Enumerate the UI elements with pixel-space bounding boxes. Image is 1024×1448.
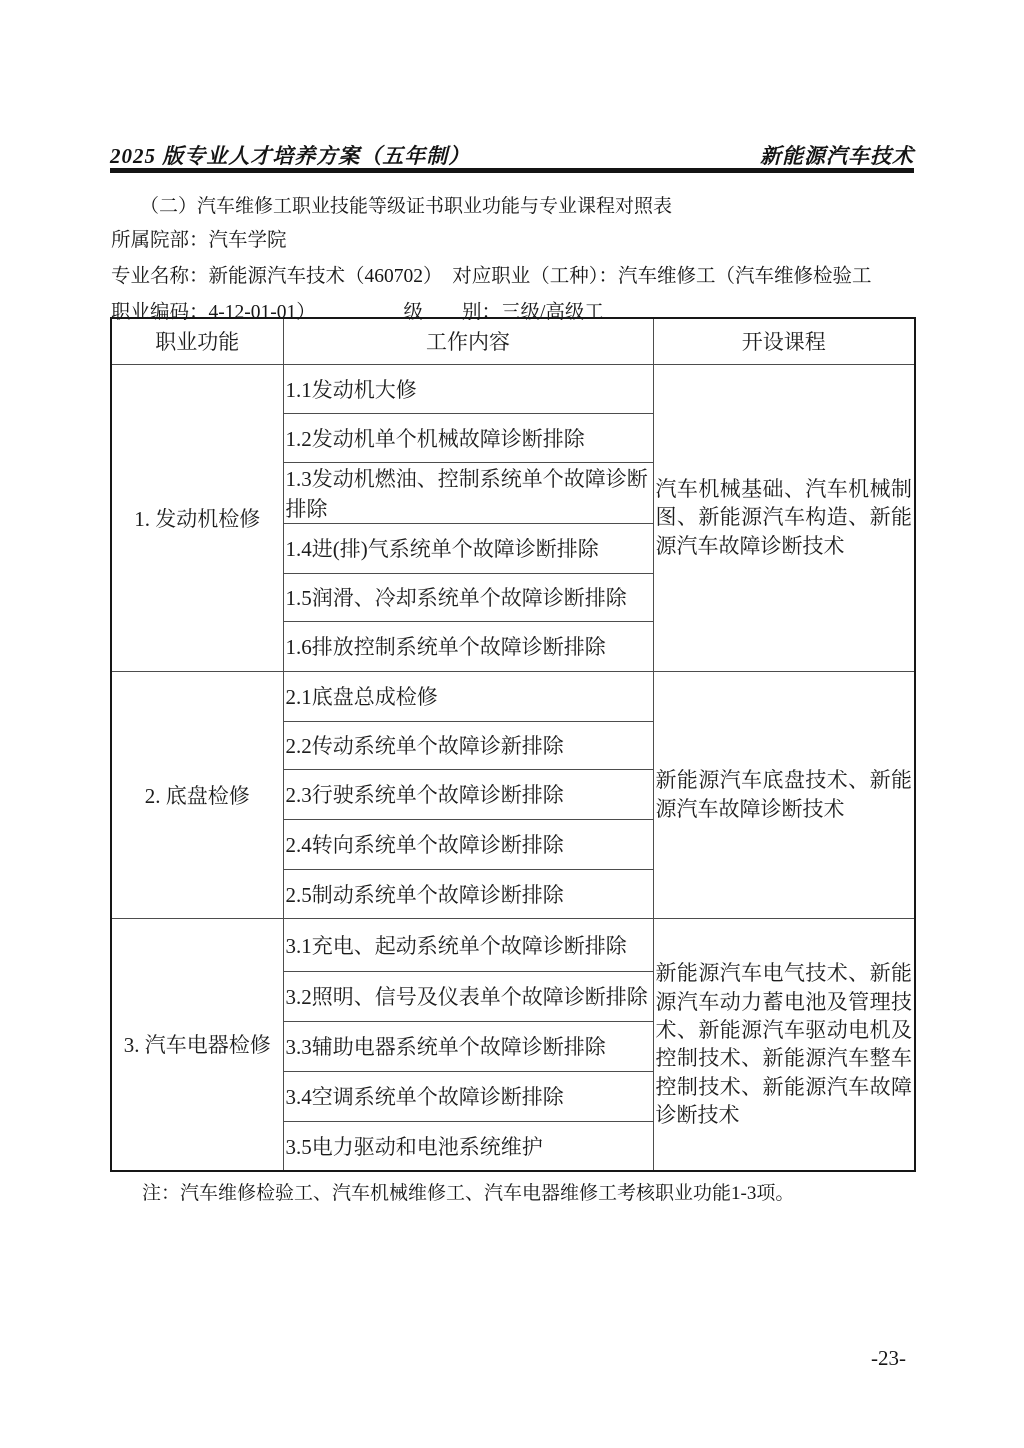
task-cell: 2.4转向系统单个故障诊断排除: [283, 819, 653, 869]
task-cell: 2.3行驶系统单个故障诊断排除: [283, 769, 653, 819]
courses-cell-chassis: 新能源汽车底盘技术、新能源汽车故障诊断技术: [653, 671, 915, 918]
task-cell: 2.1底盘总成检修: [283, 671, 653, 721]
mapping-table: 职业功能 工作内容 开设课程 1. 发动机检修 1.1发动机大修 汽车机械基础、…: [110, 317, 916, 1172]
info-line-major: 专业名称：新能源汽车技术（460702） 对应职业（工种）：汽车维修工（汽车维修…: [111, 260, 872, 288]
function-cell-engine: 1. 发动机检修: [111, 364, 283, 671]
task-cell: 1.2发动机单个机械故障诊断排除: [283, 413, 653, 462]
courses-cell-electrical: 新能源汽车电气技术、新能源汽车动力蓄电池及管理技术、新能源汽车驱动电机及控制技术…: [653, 918, 915, 1171]
column-header-work-content: 工作内容: [283, 318, 653, 364]
task-cell: 2.5制动系统单个故障诊断排除: [283, 869, 653, 918]
task-cell: 3.1充电、起动系统单个故障诊断排除: [283, 918, 653, 971]
task-cell: 3.5电力驱动和电池系统维护: [283, 1121, 653, 1171]
task-cell: 1.6排放控制系统单个故障诊断排除: [283, 621, 653, 671]
running-header: 2025 版专业人才培养方案（五年制） 新能源汽车技术: [110, 140, 914, 170]
table-header-row: 职业功能 工作内容 开设课程: [111, 318, 915, 364]
running-header-right: 新能源汽车技术: [760, 140, 914, 170]
task-cell: 2.2传动系统单个故障诊新排除: [283, 721, 653, 769]
info-line-department: 所属院部：汽车学院: [111, 224, 287, 252]
courses-cell-engine: 汽车机械基础、汽车机械制图、新能源汽车构造、新能源汽车故障诊断技术: [653, 364, 915, 671]
function-cell-chassis: 2. 底盘检修: [111, 671, 283, 918]
task-cell: 3.4空调系统单个故障诊断排除: [283, 1071, 653, 1121]
section-title: （二）汽车维修工职业技能等级证书职业功能与专业课程对照表: [140, 191, 672, 218]
task-cell: 3.2照明、信号及仪表单个故障诊断排除: [283, 971, 653, 1021]
column-header-courses: 开设课程: [653, 318, 915, 364]
document-page: 2025 版专业人才培养方案（五年制） 新能源汽车技术 （二）汽车维修工职业技能…: [0, 0, 1024, 1448]
column-header-job-function: 职业功能: [111, 318, 283, 364]
header-divider: [110, 168, 914, 173]
table-note: 注：汽车维修检验工、汽车机械维修工、汽车电器维修工考核职业功能1-3项。: [142, 1178, 794, 1205]
task-cell: 3.3辅助电器系统单个故障诊断排除: [283, 1021, 653, 1071]
task-cell: 1.4进(排)气系统单个故障诊断排除: [283, 523, 653, 573]
task-cell: 1.3发动机燃油、控制系统单个故障诊断排除: [283, 462, 653, 523]
function-cell-electrical: 3. 汽车电器检修: [111, 918, 283, 1171]
page-number: -23-: [871, 1346, 906, 1371]
table-row: 3. 汽车电器检修 3.1充电、起动系统单个故障诊断排除 新能源汽车电气技术、新…: [111, 918, 915, 971]
task-cell: 1.5润滑、冷却系统单个故障诊断排除: [283, 573, 653, 621]
running-header-left: 2025 版专业人才培养方案（五年制）: [110, 140, 470, 170]
table-row: 2. 底盘检修 2.1底盘总成检修 新能源汽车底盘技术、新能源汽车故障诊断技术: [111, 671, 915, 721]
task-cell: 1.1发动机大修: [283, 364, 653, 413]
table-row: 1. 发动机检修 1.1发动机大修 汽车机械基础、汽车机械制图、新能源汽车构造、…: [111, 364, 915, 413]
